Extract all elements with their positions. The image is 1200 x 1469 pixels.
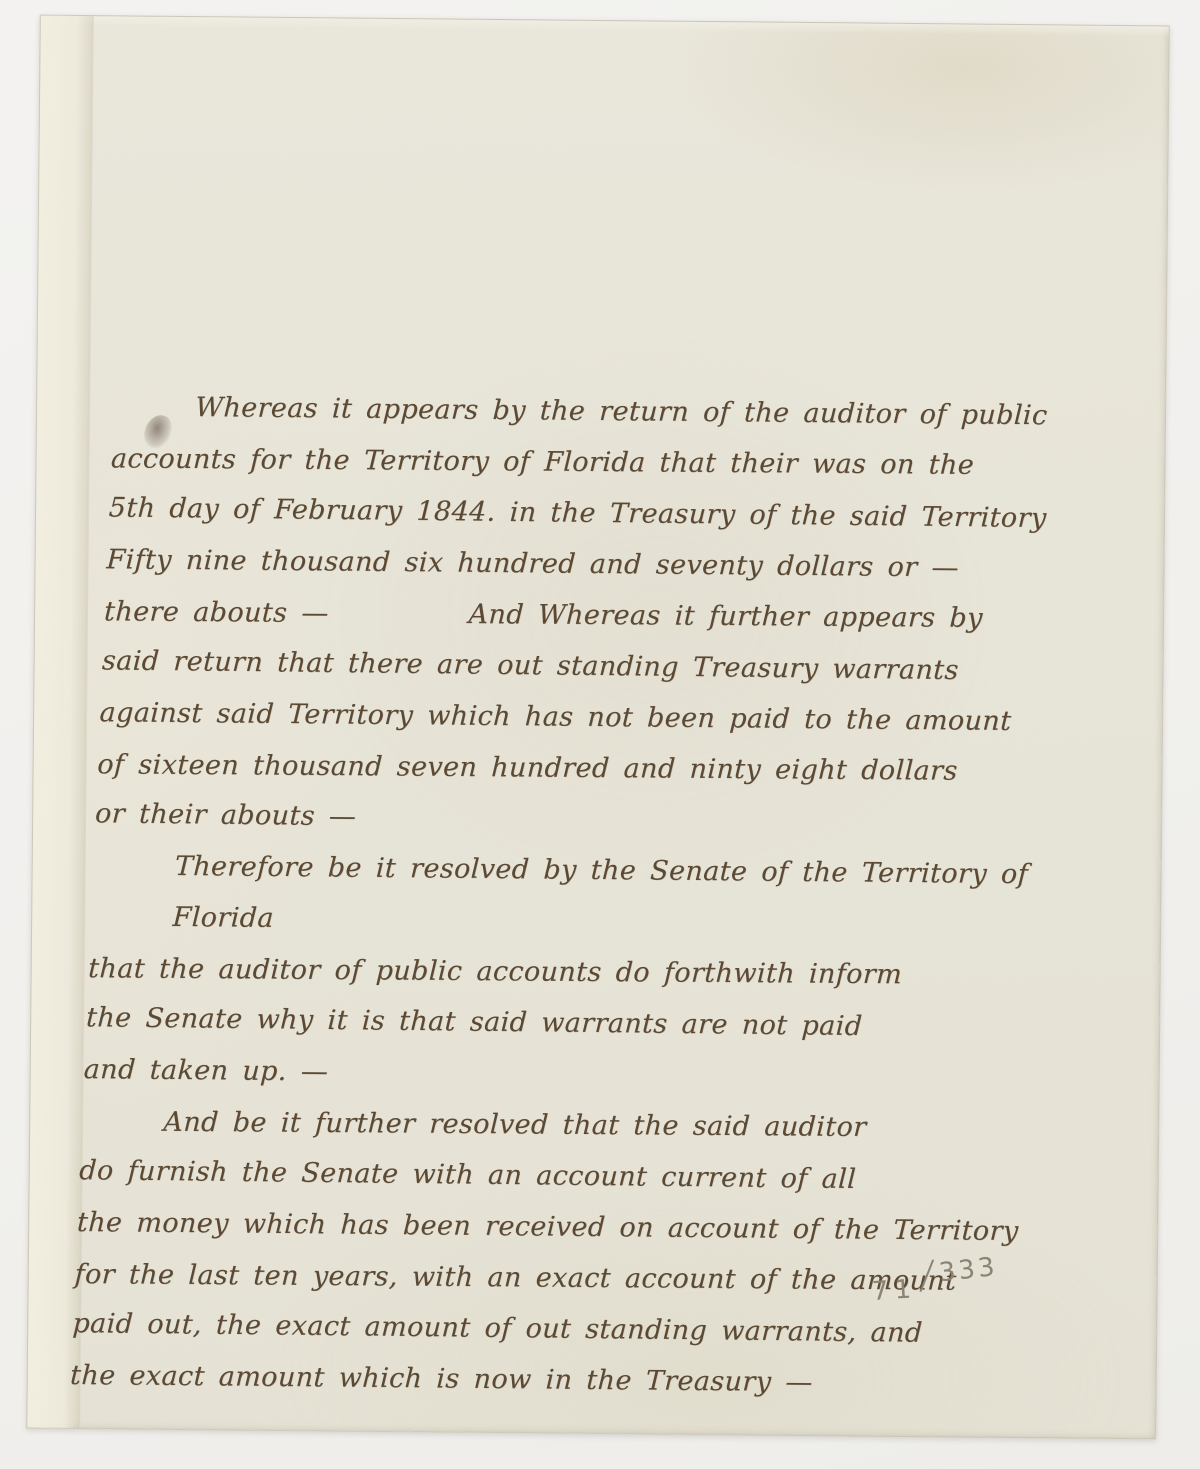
pencil-annotation: 71/333 [870, 1242, 999, 1296]
manuscript-line: Fifty nine thousand six hundred and seve… [105, 534, 1122, 595]
pencil-number-right: 333 [937, 1252, 999, 1288]
manuscript-line: against said Territory which has not bee… [99, 687, 1116, 748]
manuscript-line: the exact amount which is now in the Tre… [69, 1350, 1086, 1411]
manuscript-line: Whereas it appears by the return of the … [112, 381, 1129, 442]
manuscript-page: Whereas it appears by the return of the … [26, 15, 1170, 1440]
manuscript-line: and taken up. — [83, 1044, 1100, 1105]
pencil-number-left: 71 [871, 1274, 918, 1307]
manuscript-line: Therefore be it resolved by the Senate o… [89, 840, 1108, 952]
pencil-slash: / [918, 1252, 938, 1299]
paper-top-edge [41, 16, 1169, 37]
manuscript-text: Whereas it appears by the return of the … [69, 228, 1136, 1410]
